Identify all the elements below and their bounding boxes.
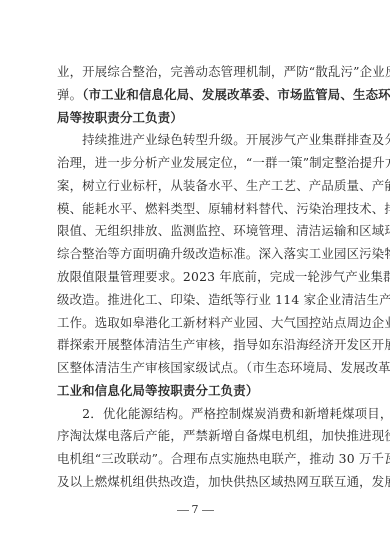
text-line: 模、能耗水平、燃料类型、原辅材料替代、污染治理技术、排放	[57, 201, 347, 217]
text-line: 工业和信息化局等按职责分工负责）	[57, 383, 347, 399]
text-line: 放限值限量管理要求。2023 年底前，完成一轮涉气产业集群升	[57, 269, 347, 285]
text-line: 综合整治等方面明确升级改造标准。深入落实工业园区污染物排	[57, 246, 347, 262]
page-number: 7	[192, 503, 199, 516]
text-line: 局等按职责分工负责）	[57, 110, 347, 126]
footer-dash-left	[177, 510, 189, 511]
responsibility-note: （市工业和信息化局、发展改革委、市场监管局、生态环境	[82, 87, 390, 102]
text-line: 电机组“三改联动”。合理布点实施热电联产，推动 30 万千瓦	[57, 451, 347, 467]
text-line: 案，树立行业标杆，从装备水平、生产工艺、产品质量、产能规	[57, 178, 347, 194]
page-number-footer: 7	[0, 503, 390, 516]
text-line: 持续推进产业绿色转型升级。开展涉气产业集群排查及分类	[57, 132, 347, 148]
text-line: 区整体清洁生产审核国家级试点。（市生态环境局、发展改革委、	[57, 360, 347, 376]
text-span: 弹。	[57, 87, 82, 102]
document-page: 业，开展综合整治，完善动态管理机制，严防“散乱污”企业反弹。（市工业和信息化局、…	[0, 0, 390, 551]
text-line: 序淘汰煤电落后产能，严禁新增自备煤电机组，加快推进现役煤	[57, 428, 347, 444]
text-line: 工作。选取如皋港化工新材料产业园、大气国控站点周边企业集	[57, 315, 347, 331]
text-line: 2．优化能源结构。严格控制煤炭消费和新增耗煤项目，有	[57, 406, 347, 422]
text-line: 及以上燃煤机组供热改造，加快供热区域热网互联互通，发展长	[57, 474, 347, 490]
text-line: 群探索开展整体清洁生产审核，指导如东沿海经济开发区开展园	[57, 337, 347, 353]
footer-dash-right	[202, 510, 214, 511]
text-line: 级改造。推进化工、印染、造纸等行业 114 家企业清洁生产审核	[57, 292, 347, 308]
text-line: 限值、无组织排放、监测监控、环境管理、清洁运输和区域环境	[57, 223, 347, 239]
text-line: 弹。（市工业和信息化局、发展改革委、市场监管局、生态环境	[57, 87, 347, 103]
text-line: 治理，进一步分析产业发展定位，“一群一策”制定整治提升方	[57, 155, 347, 171]
text-line: 业，开展综合整治，完善动态管理机制，严防“散乱污”企业反	[57, 64, 347, 80]
